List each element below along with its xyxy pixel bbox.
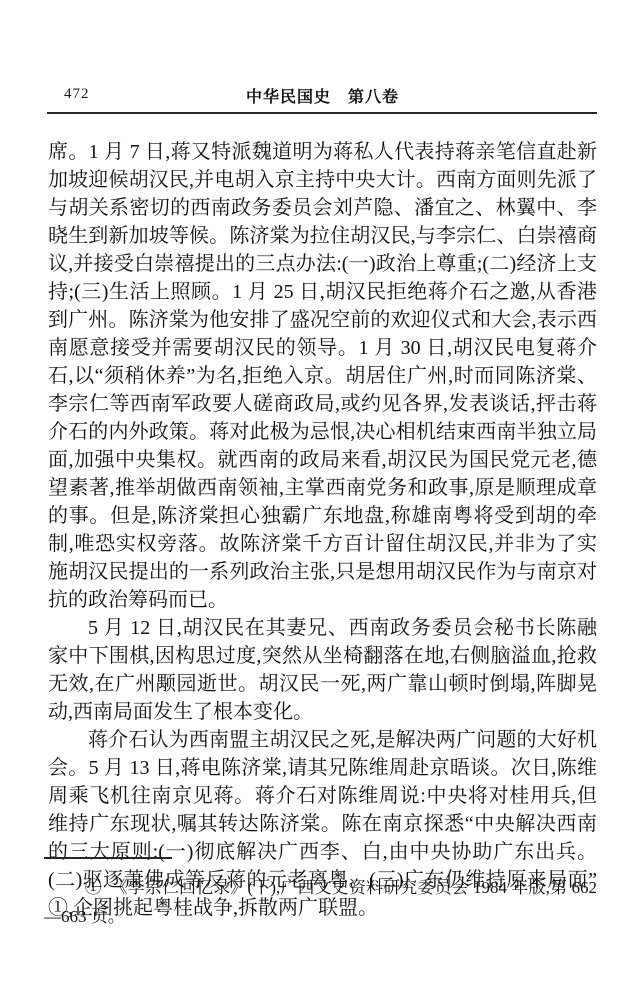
book-page: 472 中华民国史 第八卷 席。1 月 7 日,蒋又特派魏道明为蒋私人代表持蒋亲… (0, 0, 644, 1000)
footnote: ① 《李宗仁回忆录》(下),广西文史资料研究委员会 1984 年版,第 662—… (44, 873, 597, 931)
body-text: 席。1 月 7 日,蒋又特派魏道明为蒋私人代表持蒋亲笔信直赴新加坡迎候胡汉民,并… (48, 138, 597, 922)
header-rule (47, 112, 597, 114)
paragraph-2: 5 月 12 日,胡汉民在其妻兄、西南政务委员会秘书长陈融家中下围棋,因构思过度… (48, 614, 597, 726)
paragraph-1: 席。1 月 7 日,蒋又特派魏道明为蒋私人代表持蒋亲笔信直赴新加坡迎候胡汉民,并… (48, 138, 597, 614)
page-header: 472 中华民国史 第八卷 (48, 84, 597, 108)
footnote-separator (44, 857, 172, 859)
page-number: 472 (64, 86, 90, 103)
running-title: 中华民国史 第八卷 (48, 84, 597, 107)
